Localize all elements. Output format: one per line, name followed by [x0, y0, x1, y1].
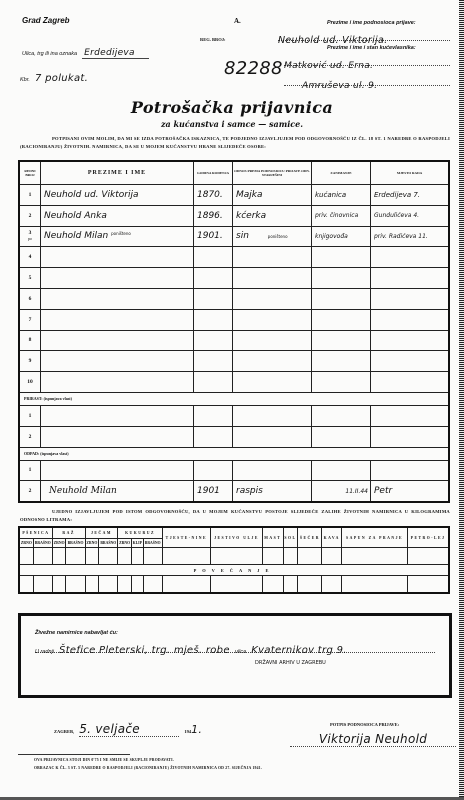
empty-cell [194, 372, 233, 393]
empty-cell [194, 288, 233, 309]
removed-birth-year: 1901 [194, 481, 233, 502]
empty-cell [52, 576, 66, 594]
empty-cell [66, 548, 85, 565]
sub-flour: BRAŠNO [143, 539, 162, 548]
empty-cell [143, 576, 162, 594]
occupation: kućanica [312, 185, 371, 206]
empty-cell [322, 576, 342, 594]
empty-cell [194, 460, 233, 481]
person-name: Neuhold Milan [44, 231, 108, 241]
row-prefix: po [28, 236, 32, 241]
empty-cell [233, 268, 312, 289]
empty-cell [371, 405, 450, 426]
row-number: 9 [19, 351, 41, 372]
form-letter: A. [234, 17, 241, 25]
place-label: ZAGREB, [54, 729, 74, 734]
row-number: 2 [19, 481, 41, 502]
group-barley: JEČAM [85, 527, 118, 539]
workplace: Erdedijeva 7. [371, 185, 450, 206]
owner-address: Amruševa ul. 9. [284, 81, 377, 91]
row-number: 1 [19, 460, 41, 481]
sub-grain: ZRNO [85, 539, 99, 548]
table-row: 1 [19, 405, 449, 426]
empty-cell [233, 247, 312, 268]
row-number: 1 [19, 405, 41, 426]
date-field: ZAGREB, 5. veljače 1941. [54, 718, 202, 737]
empty-cell [371, 247, 450, 268]
owner-address-field: Amruševa ul. 9. [284, 73, 450, 86]
empty-cell [33, 576, 52, 594]
empty-cell [371, 460, 450, 481]
sub-grain: ZRNO [52, 539, 66, 548]
person-name: Neuhold Anka [41, 205, 194, 226]
empty-cell [41, 351, 194, 372]
street-field: Ulica, trg ili ina oznaka Erdedijeva [22, 40, 149, 59]
occupation: priv. činovnica [312, 205, 371, 226]
empty-cell [371, 372, 450, 393]
empty-cell [263, 576, 283, 594]
odpad-section-header: ODPAD: (ispunjava vlast) [19, 447, 449, 460]
empty-cell [41, 268, 194, 289]
empty-cell [162, 576, 210, 594]
col-lard: MAST [263, 527, 283, 548]
empty-cell [342, 548, 408, 565]
row-number: 10 [19, 372, 41, 393]
empty-cell [210, 548, 262, 565]
table-row: 2 [19, 426, 449, 447]
table-row: 4 [19, 247, 449, 268]
empty-cell [408, 576, 449, 594]
increase-values-row [19, 576, 449, 594]
empty-cell [162, 548, 210, 565]
odpad-label: ODPAD: (ispunjava vlast) [19, 447, 449, 460]
sub-grain: ZRNO [19, 539, 33, 548]
row-number: 4 [19, 247, 41, 268]
household-table-header: REDNI BROJ PREZIME I IME GODINA RODENJA … [19, 161, 449, 185]
empty-cell [118, 548, 132, 565]
workplace: priv. Radićeva 11. [371, 226, 450, 247]
empty-cell [41, 405, 194, 426]
col-kerosene: PETRO-LEJ [408, 527, 449, 548]
person-name: Neuhold ud. Viktorija [41, 185, 194, 206]
empty-cell [233, 288, 312, 309]
empty-cell [41, 372, 194, 393]
form-reference-note: OBRAZAC K ČL. 3 ST. 5 NAREDBE O RASPODJE… [34, 766, 262, 770]
date-value: 5. veljače [79, 722, 179, 737]
row-number: 1 [19, 185, 41, 206]
supply-box: Živežne namirnice nabavljat ću: U radnji… [18, 613, 452, 698]
row-number: 7 [19, 309, 41, 330]
table-row: 9 [19, 351, 449, 372]
city-label: Grad Zagreb [22, 16, 70, 25]
empty-cell [312, 330, 371, 351]
empty-cell [312, 372, 371, 393]
empty-cell [312, 288, 371, 309]
applicant-field: Neuhold ud. Viktorija. [278, 28, 450, 41]
empty-cell [99, 576, 118, 594]
reg-number: 82288 [224, 58, 283, 79]
empty-cell [312, 309, 371, 330]
empty-cell [283, 548, 298, 565]
stock-header-groups: PŠENICA RAŽ JEČAM KUKURUZ TJESTE-NINE JE… [19, 527, 449, 539]
empty-cell [194, 405, 233, 426]
cancel-stamp: poništeno [111, 231, 131, 236]
empty-cell [312, 268, 371, 289]
person-name-cell: Neuhold Milan poništeno [41, 226, 194, 247]
empty-cell [233, 405, 312, 426]
empty-cell [371, 309, 450, 330]
empty-cell [371, 426, 450, 447]
declaration-text: POTPISANI OVIM MOLIM, DA MI SE IZDA POTR… [20, 135, 450, 151]
table-row: 6 [19, 288, 449, 309]
archive-stamp: DRŽAVNI ARHIV U ZAGREBU [255, 660, 326, 666]
row-number: 8 [19, 330, 41, 351]
shop-value: Štefice Pleterski, trg. mješ. robe [59, 645, 230, 656]
table-row: 2 Neuhold Milan 1901 raspis 11.II.44 Pet… [19, 481, 449, 502]
empty-cell [52, 548, 66, 565]
empty-cell [283, 576, 298, 594]
owner-label: Prezime i ime i stan kućevlasnika: [327, 45, 416, 51]
workplace: Gundulićeva 4. [371, 205, 450, 226]
empty-cell [312, 405, 371, 426]
birth-year: 1870. [194, 185, 233, 206]
supply-label: Živežne namirnice nabavljat ću: [35, 630, 118, 636]
empty-cell [41, 247, 194, 268]
relation: kćerka [233, 205, 312, 226]
sub-flour: BRAŠNO [33, 539, 52, 548]
house-number-field: Kbr. 7 polukat. [20, 66, 88, 85]
birth-year: 1901. [194, 226, 233, 247]
street-label: Ulica, trg ili ina oznaka [22, 51, 77, 57]
empty-cell [233, 351, 312, 372]
table-row: 5 [19, 268, 449, 289]
shop-field: U radnji Štefice Pleterski, trg. mješ. r… [35, 638, 435, 653]
col-sugar: ŠEĆER [298, 527, 322, 548]
col-header-name: PREZIME I IME [41, 161, 194, 185]
empty-cell [312, 426, 371, 447]
empty-cell [99, 548, 118, 565]
row-number: 2 [19, 426, 41, 447]
relation-cell: sin poništeno [233, 226, 312, 247]
household-table: REDNI BROJ PREZIME I IME GODINA RODENJA … [18, 160, 450, 503]
reg-label: REG. BROJ: [200, 37, 226, 42]
empty-cell [143, 548, 162, 565]
empty-cell [194, 351, 233, 372]
empty-cell [41, 309, 194, 330]
empty-cell [371, 288, 450, 309]
shop-label: U radnji [35, 649, 54, 655]
signature-label: POTPIS PODNOSIOCA PRIJAVE: [330, 722, 399, 727]
shop-street-value: Kvaternikov trg 9. [251, 645, 346, 656]
group-rye: RAŽ [52, 527, 85, 539]
owner-value: Matković ud. Erna. [284, 61, 373, 71]
empty-cell [194, 268, 233, 289]
birth-year: 1896. [194, 205, 233, 226]
price-note: OVA PRIJAVNICA STOJI DIN 0'75 I NE SMIJE… [34, 758, 174, 762]
empty-cell [371, 268, 450, 289]
empty-cell [33, 548, 52, 565]
row-number: 3po [19, 226, 41, 247]
empty-cell [41, 426, 194, 447]
shop-street-label: ulica [235, 649, 246, 655]
stock-declaration-text: UJEDNO IZJAVLJUJEM POD ISTOM ODGOVORNOŠĆ… [20, 508, 450, 524]
col-header-birth-year: GODINA RODENJA [194, 161, 233, 185]
food-stock-table: PŠENICA RAŽ JEČAM KUKURUZ TJESTE-NINE JE… [18, 526, 450, 594]
year-value: 1. [191, 723, 202, 736]
empty-cell [19, 548, 33, 565]
table-row: 10 [19, 372, 449, 393]
empty-cell [298, 548, 322, 565]
empty-cell [312, 247, 371, 268]
relation: sin [236, 231, 249, 241]
empty-cell [41, 330, 194, 351]
relation: Majka [233, 185, 312, 206]
occupation: knjigovođa [312, 226, 371, 247]
stock-values-row [19, 548, 449, 565]
col-header-relation: ODNOS PREMA PODNOSIOCU PRIJAVE ODN. STAR… [233, 161, 312, 185]
col-laundry-soap: SAPUN ZA PRANJE [342, 527, 408, 548]
group-corn: KUKURUZ [118, 527, 162, 539]
prirast-section-header: PRIRAST: (ispunjava vlast) [19, 392, 449, 405]
group-wheat: PŠENICA [19, 527, 52, 539]
empty-cell [41, 460, 194, 481]
applicant-label: Prezime i ime podnosioca prijave: [327, 20, 416, 26]
sub-flour: BRAŠNO [99, 539, 118, 548]
empty-cell [408, 548, 449, 565]
col-edible-oil: JESTIVO ULJE [210, 527, 262, 548]
empty-cell [342, 576, 408, 594]
removed-person-name: Neuhold Milan [41, 481, 194, 502]
empty-cell [85, 576, 99, 594]
col-salt: SOL [283, 527, 298, 548]
empty-cell [41, 288, 194, 309]
table-row: 2 Neuhold Anka 1896. kćerka priv. činovn… [19, 205, 449, 226]
sub-flour: BRAŠNO [66, 539, 85, 548]
empty-cell [19, 576, 33, 594]
empty-cell [233, 372, 312, 393]
empty-cell [233, 460, 312, 481]
empty-cell [322, 548, 342, 565]
table-row: 1 [19, 460, 449, 481]
ration-form-page: Grad Zagreb Ulica, trg ili ina oznaka Er… [0, 0, 464, 800]
empty-cell [371, 330, 450, 351]
sub-grain: ZRNO [118, 539, 132, 548]
increase-row-header: POVEĆANJE [19, 565, 449, 576]
col-coffee: KAVA [322, 527, 342, 548]
empty-cell [194, 330, 233, 351]
col-pasta: TJESTE-NINE [162, 527, 210, 548]
signature-value: Viktorija Neuhold [290, 732, 456, 747]
row-number: 6 [19, 288, 41, 309]
form-title: Potrošačka prijavnica [0, 98, 464, 117]
col-header-occupation: ZANIMANJE [312, 161, 371, 185]
house-value: 7 polukat. [35, 73, 88, 84]
cancel-stamp: poništeno [252, 234, 288, 239]
empty-cell [263, 548, 283, 565]
empty-cell [210, 576, 262, 594]
increase-label: POVEĆANJE [19, 565, 449, 576]
empty-cell [312, 460, 371, 481]
table-row: 1 Neuhold ud. Viktorija 1870. Majka kuća… [19, 185, 449, 206]
removal-date: 11.II.44 [312, 481, 371, 502]
empty-cell [371, 351, 450, 372]
table-row: 3po Neuhold Milan poništeno 1901. sin po… [19, 226, 449, 247]
empty-cell [233, 330, 312, 351]
empty-cell [233, 309, 312, 330]
empty-cell [118, 576, 132, 594]
form-subtitle: za kućanstva i samce — samice. [0, 119, 464, 129]
owner-field: Matković ud. Erna. [284, 53, 450, 66]
empty-cell [194, 309, 233, 330]
empty-cell [233, 426, 312, 447]
row-number: 5 [19, 268, 41, 289]
house-label: Kbr. [20, 77, 30, 83]
empty-cell [131, 576, 143, 594]
footer-rule [18, 754, 130, 755]
empty-cell [312, 351, 371, 372]
table-row: 8 [19, 330, 449, 351]
prirast-label: PRIRAST: (ispunjava vlast) [19, 392, 449, 405]
street-value: Erdedijeva [82, 48, 149, 59]
col-header-workplace: MJESTO RADA [371, 161, 450, 185]
empty-cell [194, 426, 233, 447]
empty-cell [66, 576, 85, 594]
empty-cell [298, 576, 322, 594]
empty-cell [85, 548, 99, 565]
col-header-number: REDNI BROJ [19, 161, 41, 185]
table-row: 7 [19, 309, 449, 330]
empty-cell [194, 247, 233, 268]
sub-cob: KLIP [131, 539, 143, 548]
empty-cell [131, 548, 143, 565]
row-number: 2 [19, 205, 41, 226]
official-signature: Petr [371, 481, 450, 502]
removal-reason: raspis [233, 481, 312, 502]
